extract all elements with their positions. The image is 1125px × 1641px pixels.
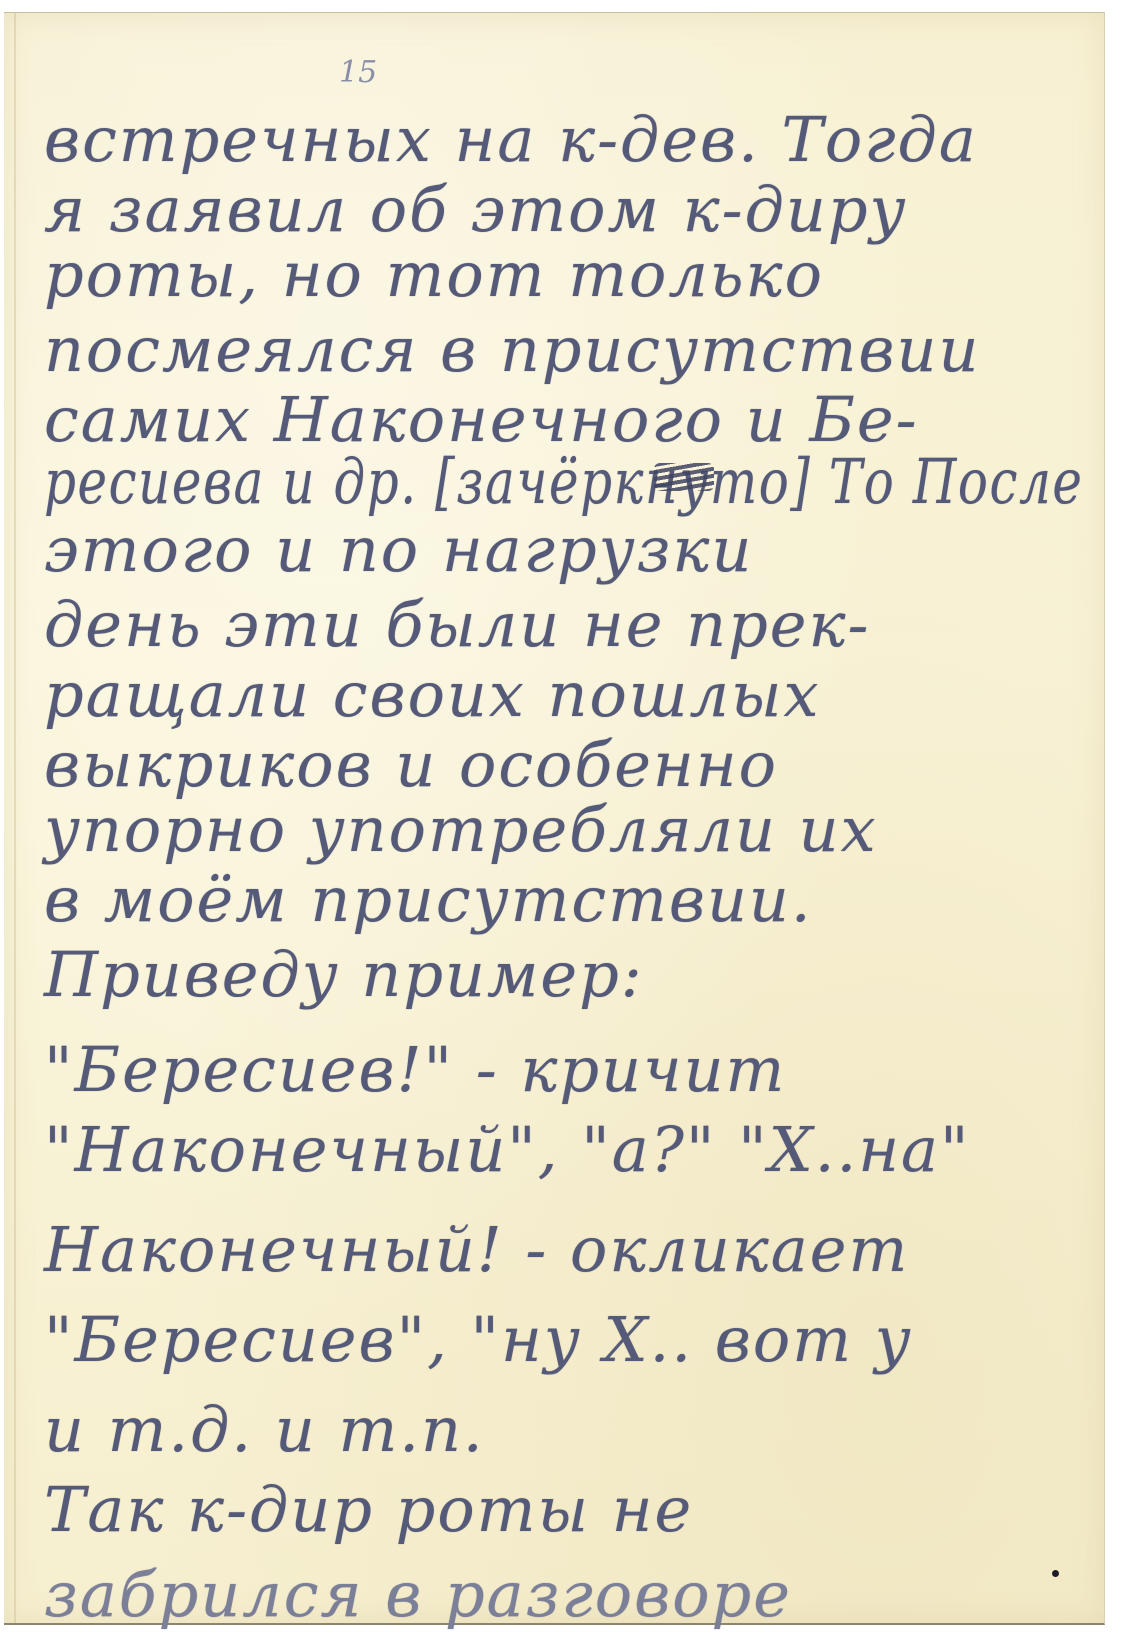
text-line-11: упорно употребляли их bbox=[44, 793, 878, 866]
text-line-20: забрился в разговоре bbox=[44, 1558, 792, 1631]
text-line-13: Приведу пример: bbox=[44, 938, 644, 1011]
text-line-14: "Бересиев!" - кричит bbox=[44, 1033, 786, 1106]
text-line-17: "Бересиев", "ну Х.. вот у bbox=[44, 1303, 913, 1376]
text-line-12: в моём присутствии. bbox=[44, 863, 813, 936]
text-line-15: "Наконечный", "а?" "Х..на" bbox=[44, 1113, 971, 1186]
crossed-out-scribble bbox=[654, 463, 714, 491]
text-line-18: и т.д. и т.п. bbox=[44, 1393, 485, 1466]
ink-spot bbox=[1052, 1570, 1059, 1577]
text-line-7: этого и по нагрузки bbox=[44, 513, 753, 586]
text-line-6: ресиева и др. [зачёркнуто] То После bbox=[44, 445, 1084, 518]
text-line-16: Наконечный! - окликает bbox=[44, 1213, 909, 1286]
letter-page: 15 встречных на к-дев. Тогда я заявил об… bbox=[4, 12, 1105, 1625]
text-line-10: выкриков и особенно bbox=[44, 728, 778, 801]
text-line-1: встречных на к-дев. Тогда bbox=[44, 103, 978, 176]
text-line-4: посмеялся в присутствии bbox=[44, 313, 980, 386]
text-line-2: я заявил об этом к-диру bbox=[44, 173, 907, 246]
text-line-9: ращали своих пошлых bbox=[44, 658, 820, 731]
text-line-3: роты, но тот только bbox=[44, 238, 824, 311]
page-number: 15 bbox=[339, 55, 377, 90]
text-line-19: Так к-дир роты не bbox=[44, 1473, 693, 1546]
text-line-8: день эти были не прек- bbox=[44, 588, 870, 661]
